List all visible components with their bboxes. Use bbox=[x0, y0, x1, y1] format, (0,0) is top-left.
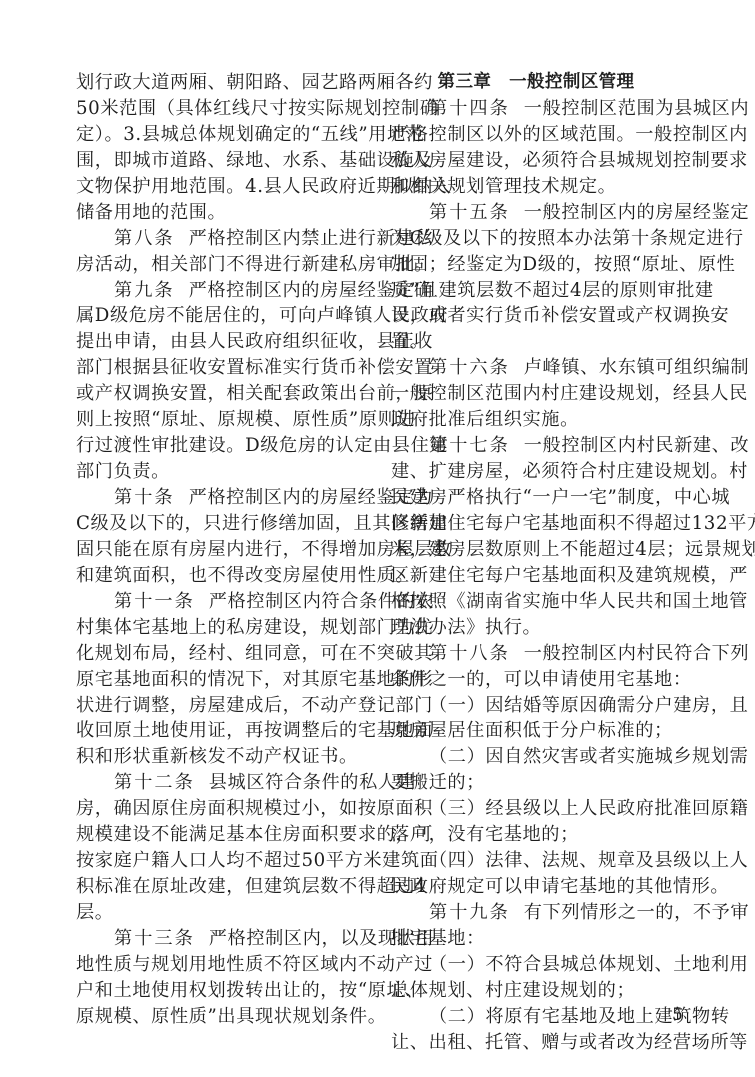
text-line: 建、扩建房屋，必须符合村庄建设规划。村 bbox=[391, 459, 681, 485]
list-item-line: 让、出租、托管、赠与或者改为经营场所等 bbox=[391, 1030, 681, 1056]
text-line: 提出申请，由县人民政府组织征收，县征收 bbox=[76, 329, 366, 355]
text-line: 划行政大道两厢、朝阳路、园艺路两厢各约 bbox=[76, 70, 366, 96]
text-line: 区新建住宅每户宅基地面积不得超过132平方 bbox=[391, 511, 681, 537]
text-line: 储备用地的范围。 bbox=[76, 200, 366, 226]
article-16-first-line: 第十六条卢峰镇、水东镇可组织编制 bbox=[391, 355, 681, 381]
text-line: 属D级危房不能居住的，可向卢峰镇人民政府 bbox=[76, 303, 366, 329]
text-span: 一般控制区内村民新建、改 bbox=[524, 435, 749, 456]
text-line: 村集体宅基地上的私房建设，规划部门为优 bbox=[76, 615, 366, 641]
article-11-label: 第十一条 bbox=[114, 591, 195, 612]
text-line: 私人房屋建设，必须符合县城规划控制要求 bbox=[391, 148, 681, 174]
text-line: 批宅基地： bbox=[391, 926, 681, 952]
page-number: 5 bbox=[672, 1005, 683, 1025]
text-line: 收回原土地使用证，再按调整后的宅基地面 bbox=[76, 718, 366, 744]
article-18-label: 第十八条 bbox=[429, 643, 510, 664]
article-17-first-line: 第十七条一般控制区内村民新建、改 bbox=[391, 433, 681, 459]
text-line: 和相关规划管理技术规定。 bbox=[391, 174, 681, 200]
article-16-label: 第十六条 bbox=[429, 357, 510, 378]
text-line: 化规划布局，经村、组同意，可在不突破其 bbox=[76, 641, 366, 667]
article-15-label: 第十五条 bbox=[429, 202, 510, 223]
text-line: 区新建住宅每户宅基地面积及建筑规模，严 bbox=[391, 563, 681, 589]
list-item-line: 民政府规定可以申请宅基地的其他情形。 bbox=[391, 874, 681, 900]
article-19-label: 第十九条 bbox=[429, 902, 510, 923]
text-line: 原规模、原性质”出具现状规划条件。 bbox=[76, 1004, 366, 1030]
list-item-line: （一）因结婚等原因确需分户建房，且 bbox=[391, 693, 681, 719]
text-line: 地性质与规划用地性质不符区域内不动产过 bbox=[76, 952, 366, 978]
text-line: 部门负责。 bbox=[76, 459, 366, 485]
article-10-label: 第十条 bbox=[114, 487, 175, 508]
article-12-first-line: 第十二条县城区符合条件的私人建 bbox=[76, 770, 366, 796]
text-line: 按家庭户籍人口人均不超过50平方米建筑面 bbox=[76, 848, 366, 874]
text-line: 政府批准后组织实施。 bbox=[391, 407, 681, 433]
list-item-line: 要搬迁的； bbox=[391, 770, 681, 796]
text-line: 一般控制区范围内村庄建设规划，经县人民 bbox=[391, 381, 681, 407]
text-line: 积标准在原址改建，但建筑层数不得超过4 bbox=[76, 874, 366, 900]
text-line: 理法办法》执行。 bbox=[391, 615, 681, 641]
article-8-first-line: 第八条严格控制区内禁止进行新建私 bbox=[76, 226, 366, 252]
list-item-line: （二）因自然灾害或者实施城乡规划需 bbox=[391, 744, 681, 770]
text-line: 房，确因原住房面积规模过小，如按原面积 bbox=[76, 796, 366, 822]
list-item-line: 原房屋居住面积低于分户标准的； bbox=[391, 718, 681, 744]
list-item-line: 落户，没有宅基地的； bbox=[391, 822, 681, 848]
list-item-line: （二）将原有宅基地及地上建筑物转 bbox=[391, 1004, 681, 1030]
text-span: 一般控制区内村民符合下列 bbox=[524, 643, 749, 664]
text-line: 为C级及以下的按照本办法第十条规定进行 bbox=[391, 226, 681, 252]
list-item-line: 总体规划、村庄建设规划的； bbox=[391, 978, 681, 1004]
text-line: 质”且建筑层数不超过4层的原则审批建 bbox=[391, 278, 681, 304]
article-14-label: 第十四条 bbox=[429, 98, 510, 119]
text-line: 置。 bbox=[391, 329, 681, 355]
article-13-label: 第十三条 bbox=[114, 928, 195, 949]
article-13-first-line: 第十三条严格控制区内，以及现状用 bbox=[76, 926, 366, 952]
text-line: 行过渡性审批建设。D级危房的认定由县住建 bbox=[76, 433, 366, 459]
text-line: 房活动，相关部门不得进行新建私房审批。 bbox=[76, 252, 366, 278]
list-item-line: （四）法律、法规、规章及县级以上人 bbox=[391, 848, 681, 874]
text-span: 一般控制区范围为县城区内 bbox=[524, 98, 749, 119]
text-line: 或产权调换安置，相关配套政策出台前，原 bbox=[76, 381, 366, 407]
text-span: 有下列情形之一的，不予审 bbox=[524, 902, 749, 923]
text-line: 定）。3.县城总体规划确定的“五线”用地范 bbox=[76, 122, 366, 148]
text-line: 文物保护用地范围。4.县人民政府近期拟纳入 bbox=[76, 174, 366, 200]
text-line: 规模建设不能满足基本住房面积要求的，可 bbox=[76, 822, 366, 848]
text-span: 卢峰镇、水东镇可组织编制 bbox=[524, 357, 749, 378]
right-column: 第三章 一般控制区管理 第十四条一般控制区范围为县城区内 严格控制区以外的区域范… bbox=[391, 70, 681, 1056]
text-span: 县城区符合条件的私人建 bbox=[209, 772, 416, 793]
text-line: 条件之一的，可以申请使用宅基地： bbox=[391, 667, 681, 693]
text-line: 50米范围（具体红线尺寸按实际规划控制确 bbox=[76, 96, 366, 122]
article-15-first-line: 第十五条一般控制区内的房屋经鉴定 bbox=[391, 200, 681, 226]
article-11-first-line: 第十一条严格控制区内符合条件的农 bbox=[76, 589, 366, 615]
article-17-label: 第十七条 bbox=[429, 435, 510, 456]
text-line: 设，或者实行货币补偿安置或产权调换安 bbox=[391, 303, 681, 329]
text-span: 一般控制区内的房屋经鉴定 bbox=[524, 202, 749, 223]
list-item-line: （一）不符合县城总体规划、土地利用 bbox=[391, 952, 681, 978]
text-line: 和建筑面积，也不得改变房屋使用性质。 bbox=[76, 563, 366, 589]
article-12-label: 第十二条 bbox=[114, 772, 195, 793]
text-line: 加固；经鉴定为D级的，按照“原址、原性 bbox=[391, 252, 681, 278]
text-line: 原宅基地面积的情况下，对其原宅基地的形 bbox=[76, 667, 366, 693]
list-item-line: （三）经县级以上人民政府批准回原籍 bbox=[391, 796, 681, 822]
text-line: 严格控制区以外的区域范围。一般控制区内 bbox=[391, 122, 681, 148]
text-line: 层。 bbox=[76, 900, 366, 926]
article-9-first-line: 第九条严格控制区内的房屋经鉴定确 bbox=[76, 278, 366, 304]
article-18-first-line: 第十八条一般控制区内村民符合下列 bbox=[391, 641, 681, 667]
article-9-label: 第九条 bbox=[114, 280, 175, 301]
text-line: C级及以下的，只进行修缮加固，且其修缮加 bbox=[76, 511, 366, 537]
text-line: 积和形状重新核发不动产权证书。 bbox=[76, 744, 366, 770]
text-line: 围，即城市道路、绿地、水系、基础设施及 bbox=[76, 148, 366, 174]
text-line: 则上按照“原址、原规模、原性质”原则进 bbox=[76, 407, 366, 433]
left-column: 划行政大道两厢、朝阳路、园艺路两厢各约 50米范围（具体红线尺寸按实际规划控制确… bbox=[76, 70, 366, 1030]
article-8-label: 第八条 bbox=[114, 228, 175, 249]
text-line: 米，建房层数原则上不能超过4层；远景规划 bbox=[391, 537, 681, 563]
text-line: 民建房严格执行“一户一宅”制度，中心城 bbox=[391, 485, 681, 511]
text-line: 固只能在原有房屋内进行，不得增加房屋层数 bbox=[76, 537, 366, 563]
text-line: 状进行调整，房屋建成后，不动产登记部门 bbox=[76, 693, 366, 719]
text-line: 户和土地使用权划拨转出让的，按“原址、 bbox=[76, 978, 366, 1004]
text-line: 部门根据县征收安置标准实行货币补偿安置 bbox=[76, 355, 366, 381]
article-14-first-line: 第十四条一般控制区范围为县城区内 bbox=[391, 96, 681, 122]
chapter-heading: 第三章 一般控制区管理 bbox=[391, 70, 681, 96]
article-19-first-line: 第十九条有下列情形之一的，不予审 bbox=[391, 900, 681, 926]
article-10-first-line: 第十条严格控制区内的房屋经鉴定为 bbox=[76, 485, 366, 511]
text-line: 格按照《湖南省实施中华人民共和国土地管 bbox=[391, 589, 681, 615]
